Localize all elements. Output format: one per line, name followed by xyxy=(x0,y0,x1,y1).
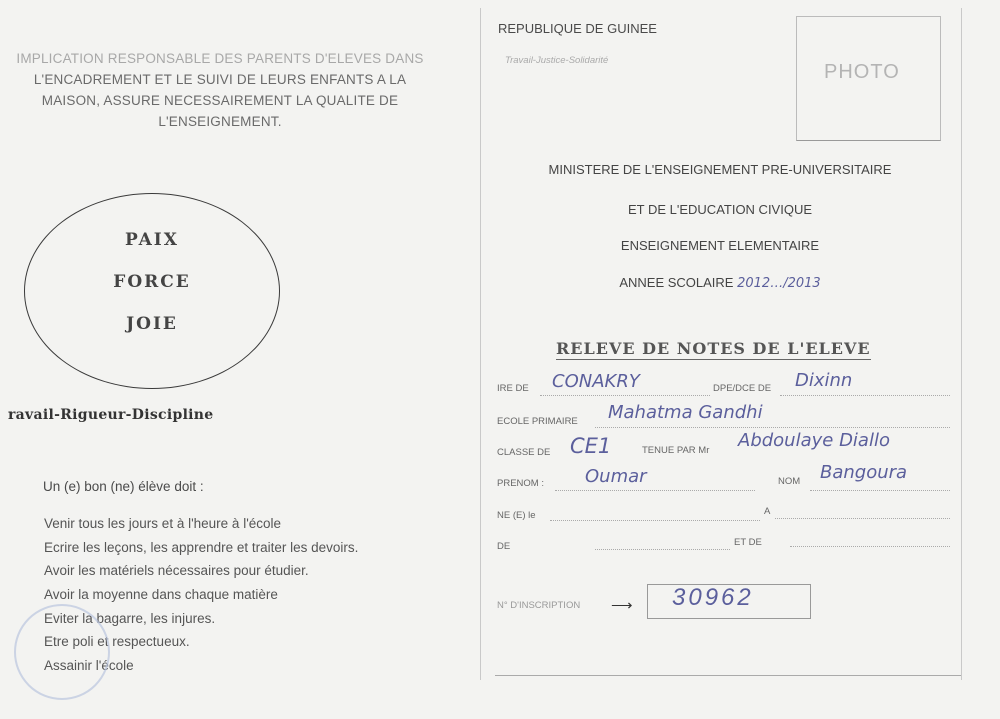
republic-heading: REPUBLIQUE DE GUINEE xyxy=(498,21,657,36)
prenom-label: PRENOM : xyxy=(497,478,544,489)
tenue-value: Abdoulaye Diallo xyxy=(738,430,890,451)
emblem-word: JOIE xyxy=(25,314,279,334)
et-de-label: ET DE xyxy=(734,537,762,548)
motto-line: IMPLICATION RESPONSABLE DES PARENTS D'EL… xyxy=(0,48,440,69)
document-title: RELEVE DE NOTES DE L'ELEVE xyxy=(556,339,871,360)
ministry-line: ET DE L'EDUCATION CIVIQUE xyxy=(500,202,940,217)
emblem-word: FORCE xyxy=(25,272,279,292)
ecole-value: Mahatma Gandhi xyxy=(608,402,763,423)
tenue-label: TENUE PAR Mr xyxy=(642,445,709,456)
duties-title: Un (e) bon (ne) élève doit : xyxy=(43,479,204,494)
classe-value: CE1 xyxy=(570,434,611,458)
motto-line: L'ENCADREMENT ET LE SUIVI DE LEURS ENFAN… xyxy=(0,69,440,90)
dpe-value: Dixinn xyxy=(795,370,852,391)
page-bottom-rule xyxy=(495,675,961,676)
national-motto-emblem: PAIX FORCE JOIE xyxy=(24,193,280,389)
inscription-value: 30962 xyxy=(672,584,754,612)
national-devise: Travail-Justice-Solidarité xyxy=(505,55,608,66)
duty-item: Avoir la moyenne dans chaque matière xyxy=(44,587,278,602)
ecole-label: ECOLE PRIMAIRE xyxy=(497,416,578,427)
official-stamp-icon xyxy=(14,604,110,700)
school-year-value: 2012…/2013 xyxy=(737,276,821,291)
ministry-line: MINISTERE DE L'ENSEIGNEMENT PRE-UNIVERSI… xyxy=(500,162,940,177)
inscription-label: N° D'INSCRIPTION xyxy=(497,600,580,611)
parent-motto: IMPLICATION RESPONSABLE DES PARENTS D'EL… xyxy=(0,48,440,132)
duty-item: Avoir les matériels nécessaires pour étu… xyxy=(44,563,309,578)
classe-label: CLASSE DE xyxy=(497,447,550,458)
dpe-label: DPE/DCE DE xyxy=(713,383,771,394)
ne-label: NE (E) le xyxy=(497,510,536,521)
school-year-label: ANNEE SCOLAIRE xyxy=(619,275,733,290)
ire-label: IRE DE xyxy=(497,383,529,394)
motto-line: L'ENSEIGNEMENT. xyxy=(0,111,440,132)
nom-value: Bangoura xyxy=(820,462,907,483)
emblem-word: PAIX xyxy=(25,230,279,250)
ire-value: CONAKRY xyxy=(552,371,640,392)
prenom-value: Oumar xyxy=(585,466,647,487)
duty-item: Venir tous les jours et à l'heure à l'éc… xyxy=(44,516,281,531)
arrow-right-icon: ⟶ xyxy=(611,596,633,614)
motto-line: MAISON, ASSURE NECESSAIREMENT LA QUALITE… xyxy=(0,90,440,111)
tagline: ravail-Rigueur-Discipline xyxy=(8,407,214,423)
ministry-line: ENSEIGNEMENT ELEMENTAIRE xyxy=(500,238,940,253)
nom-label: NOM xyxy=(778,476,800,487)
photo-label: PHOTO xyxy=(824,61,900,84)
a-label: A xyxy=(764,506,770,517)
school-year: ANNEE SCOLAIRE 2012…/2013 xyxy=(500,275,940,291)
de-label: DE xyxy=(497,541,510,552)
duty-item: Ecrire les leçons, les apprendre et trai… xyxy=(44,540,358,555)
